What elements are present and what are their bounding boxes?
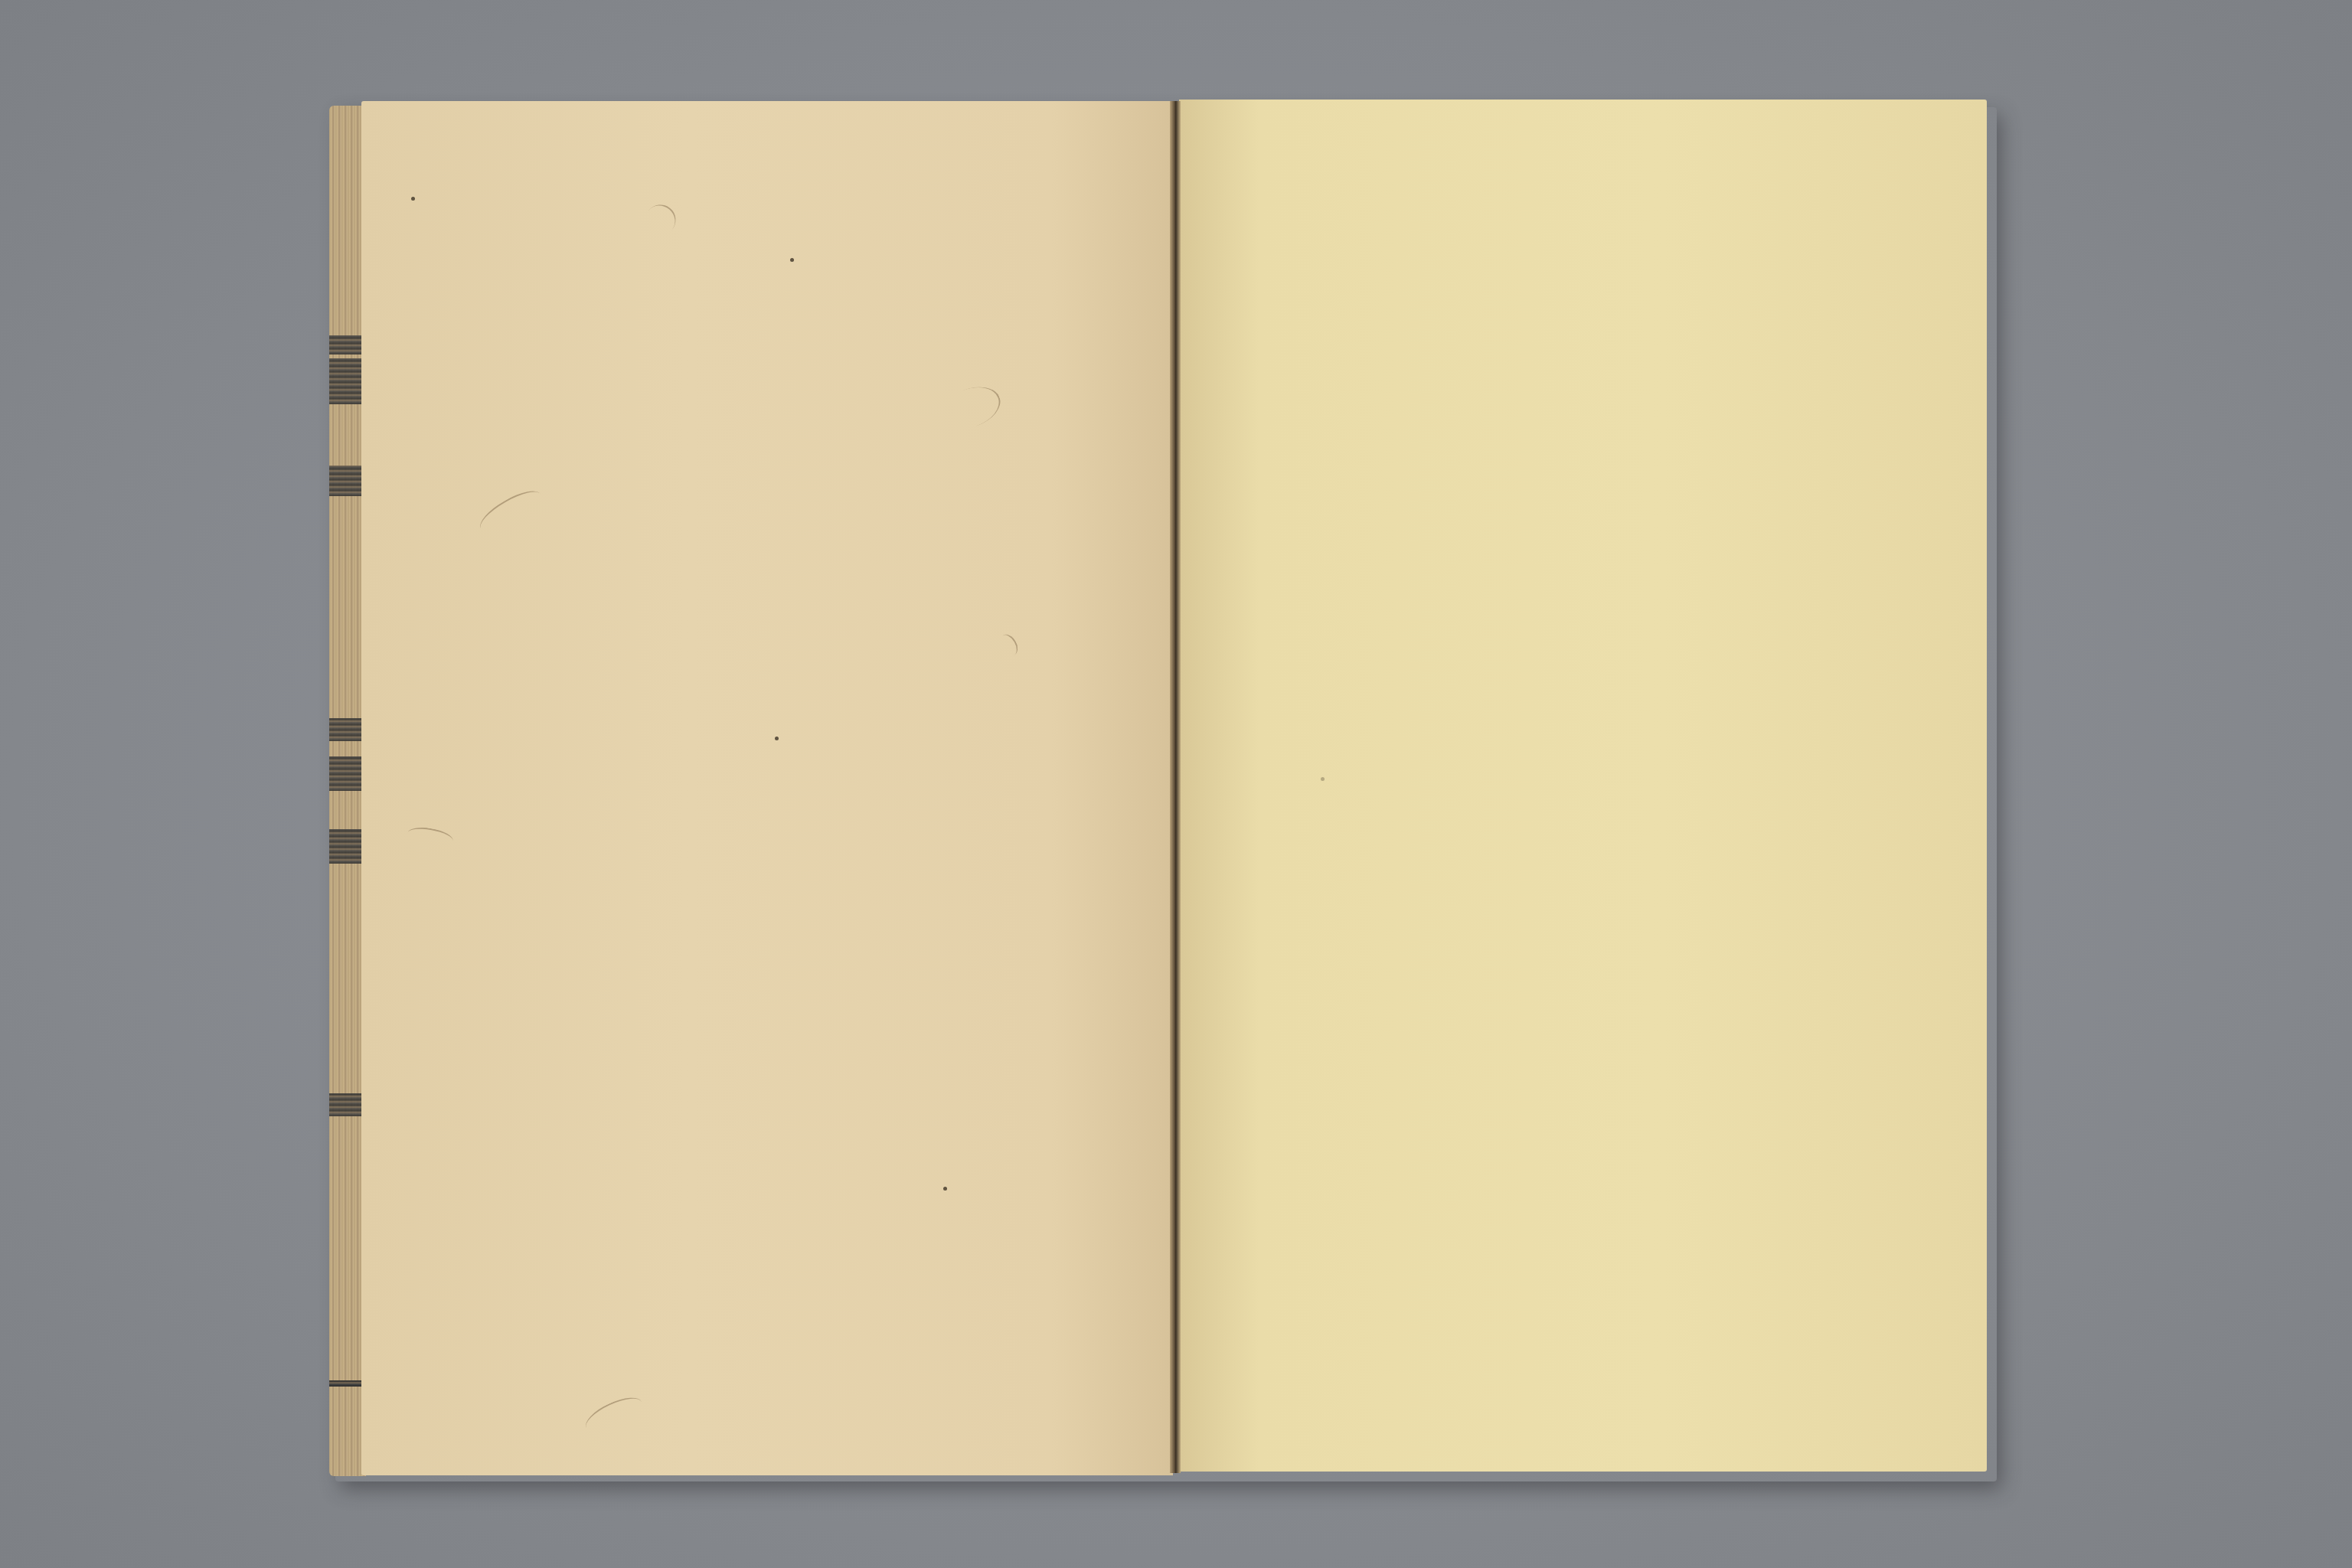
paper-fiber — [995, 632, 1021, 660]
right-page — [1179, 100, 1987, 1472]
edge-ink-mark — [329, 1093, 366, 1116]
paper-speck — [790, 258, 794, 262]
page-block-edge — [329, 106, 366, 1476]
paper-fiber — [407, 825, 455, 849]
edge-ink-mark — [329, 829, 366, 864]
paper-fiber — [934, 379, 1006, 436]
edge-ink-mark — [329, 358, 366, 404]
book-gutter — [1170, 101, 1181, 1473]
paper-fiber — [581, 1391, 647, 1439]
paper-speck — [775, 737, 779, 740]
left-page — [361, 101, 1173, 1475]
paper-speck — [411, 197, 415, 201]
edge-ink-mark — [329, 1380, 366, 1387]
edge-ink-mark — [329, 718, 366, 741]
edge-ink-mark — [329, 756, 366, 791]
open-book — [0, 0, 2352, 1568]
edge-ink-mark — [329, 465, 366, 496]
paper-fiber — [638, 198, 682, 243]
paper-fiber — [475, 484, 547, 540]
edge-ink-mark — [329, 335, 366, 354]
paper-speck — [943, 1187, 947, 1191]
paper-speck — [1321, 777, 1325, 781]
